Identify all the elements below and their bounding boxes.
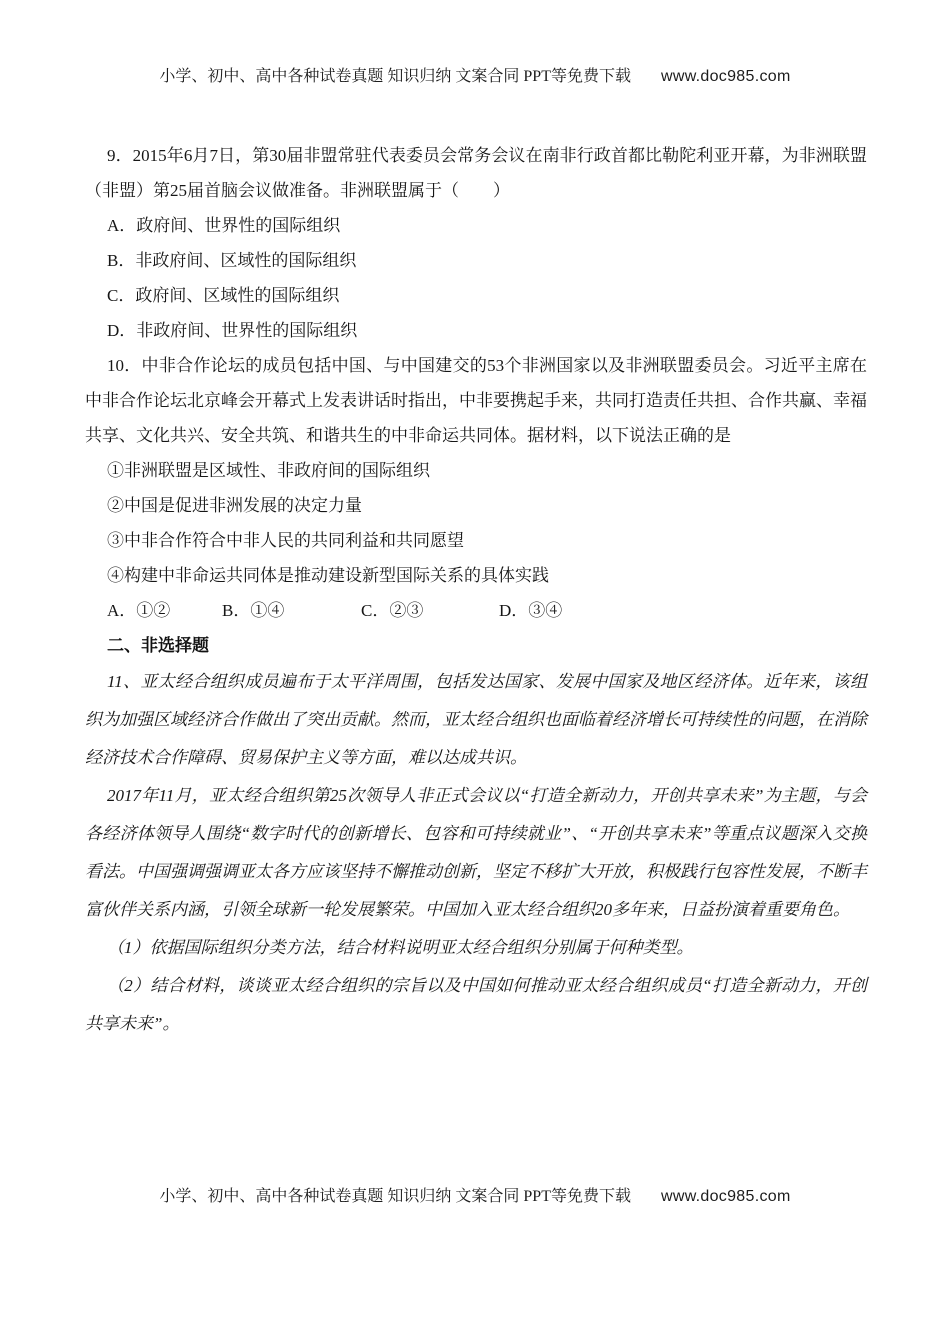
header-site-url: www.doc985.com [661, 68, 791, 85]
question-10-choices-row: A．①②B．①④C．②③D．③④ [85, 593, 867, 628]
section-2-heading: 二、非选择题 [85, 628, 867, 663]
question-10-choice-a: A．①② [107, 593, 222, 628]
question-10-statement-1: ①非洲联盟是区域性、非政府间的国际组织 [85, 453, 867, 488]
question-9-option-d: D．非政府间、世界性的国际组织 [85, 313, 867, 348]
question-10-choice-c: C．②③ [361, 593, 499, 628]
question-9-stem: 9．2015年6月7日，第30届非盟常驻代表委员会常务会议在南非行政首都比勒陀利… [85, 138, 867, 208]
question-10-choice-d: D．③④ [499, 593, 562, 628]
question-10-statement-2: ②中国是促进非洲发展的决定力量 [85, 488, 867, 523]
document-page: 小学、初中、高中各种试卷真题 知识归纳 文案合同 PPT等免费下载www.doc… [0, 0, 950, 1344]
question-11-subquestion-1: （1）依据国际组织分类方法，结合材料说明亚太经合组织分别属于何种类型。 [85, 929, 867, 967]
question-10-statement-3: ③中非合作符合中非人民的共同利益和共同愿望 [85, 523, 867, 558]
question-9-option-c: C．政府间、区域性的国际组织 [85, 278, 867, 313]
question-9-option-b: B．非政府间、区域性的国际组织 [85, 243, 867, 278]
footer-promo-text: 小学、初中、高中各种试卷真题 知识归纳 文案合同 PPT等免费下载 [159, 1188, 631, 1205]
question-10-stem: 10．中非合作论坛的成员包括中国、与中国建交的53个非洲国家以及非洲联盟委员会。… [85, 348, 867, 453]
question-10-statement-4: ④构建中非命运共同体是推动建设新型国际关系的具体实践 [85, 558, 867, 593]
document-body: 9．2015年6月7日，第30届非盟常驻代表委员会常务会议在南非行政首都比勒陀利… [85, 138, 867, 1043]
question-10-choice-b: B．①④ [222, 593, 361, 628]
question-11-paragraph-2: 2017年11月，亚太经合组织第25次领导人非正式会议以“打造全新动力，开创共享… [85, 777, 867, 929]
question-11-subquestion-2: （2）结合材料，谈谈亚太经合组织的宗旨以及中国如何推动亚太经合组织成员“打造全新… [85, 967, 867, 1043]
question-11-paragraph-1: 11、亚太经合组织成员遍布于太平洋周围，包括发达国家、发展中国家及地区经济体。近… [85, 663, 867, 777]
footer-site-url: www.doc985.com [661, 1188, 791, 1205]
page-header: 小学、初中、高中各种试卷真题 知识归纳 文案合同 PPT等免费下载www.doc… [0, 66, 950, 88]
question-9-option-a: A．政府间、世界性的国际组织 [85, 208, 867, 243]
header-promo-text: 小学、初中、高中各种试卷真题 知识归纳 文案合同 PPT等免费下载 [159, 68, 631, 85]
page-footer: 小学、初中、高中各种试卷真题 知识归纳 文案合同 PPT等免费下载www.doc… [0, 1186, 950, 1208]
